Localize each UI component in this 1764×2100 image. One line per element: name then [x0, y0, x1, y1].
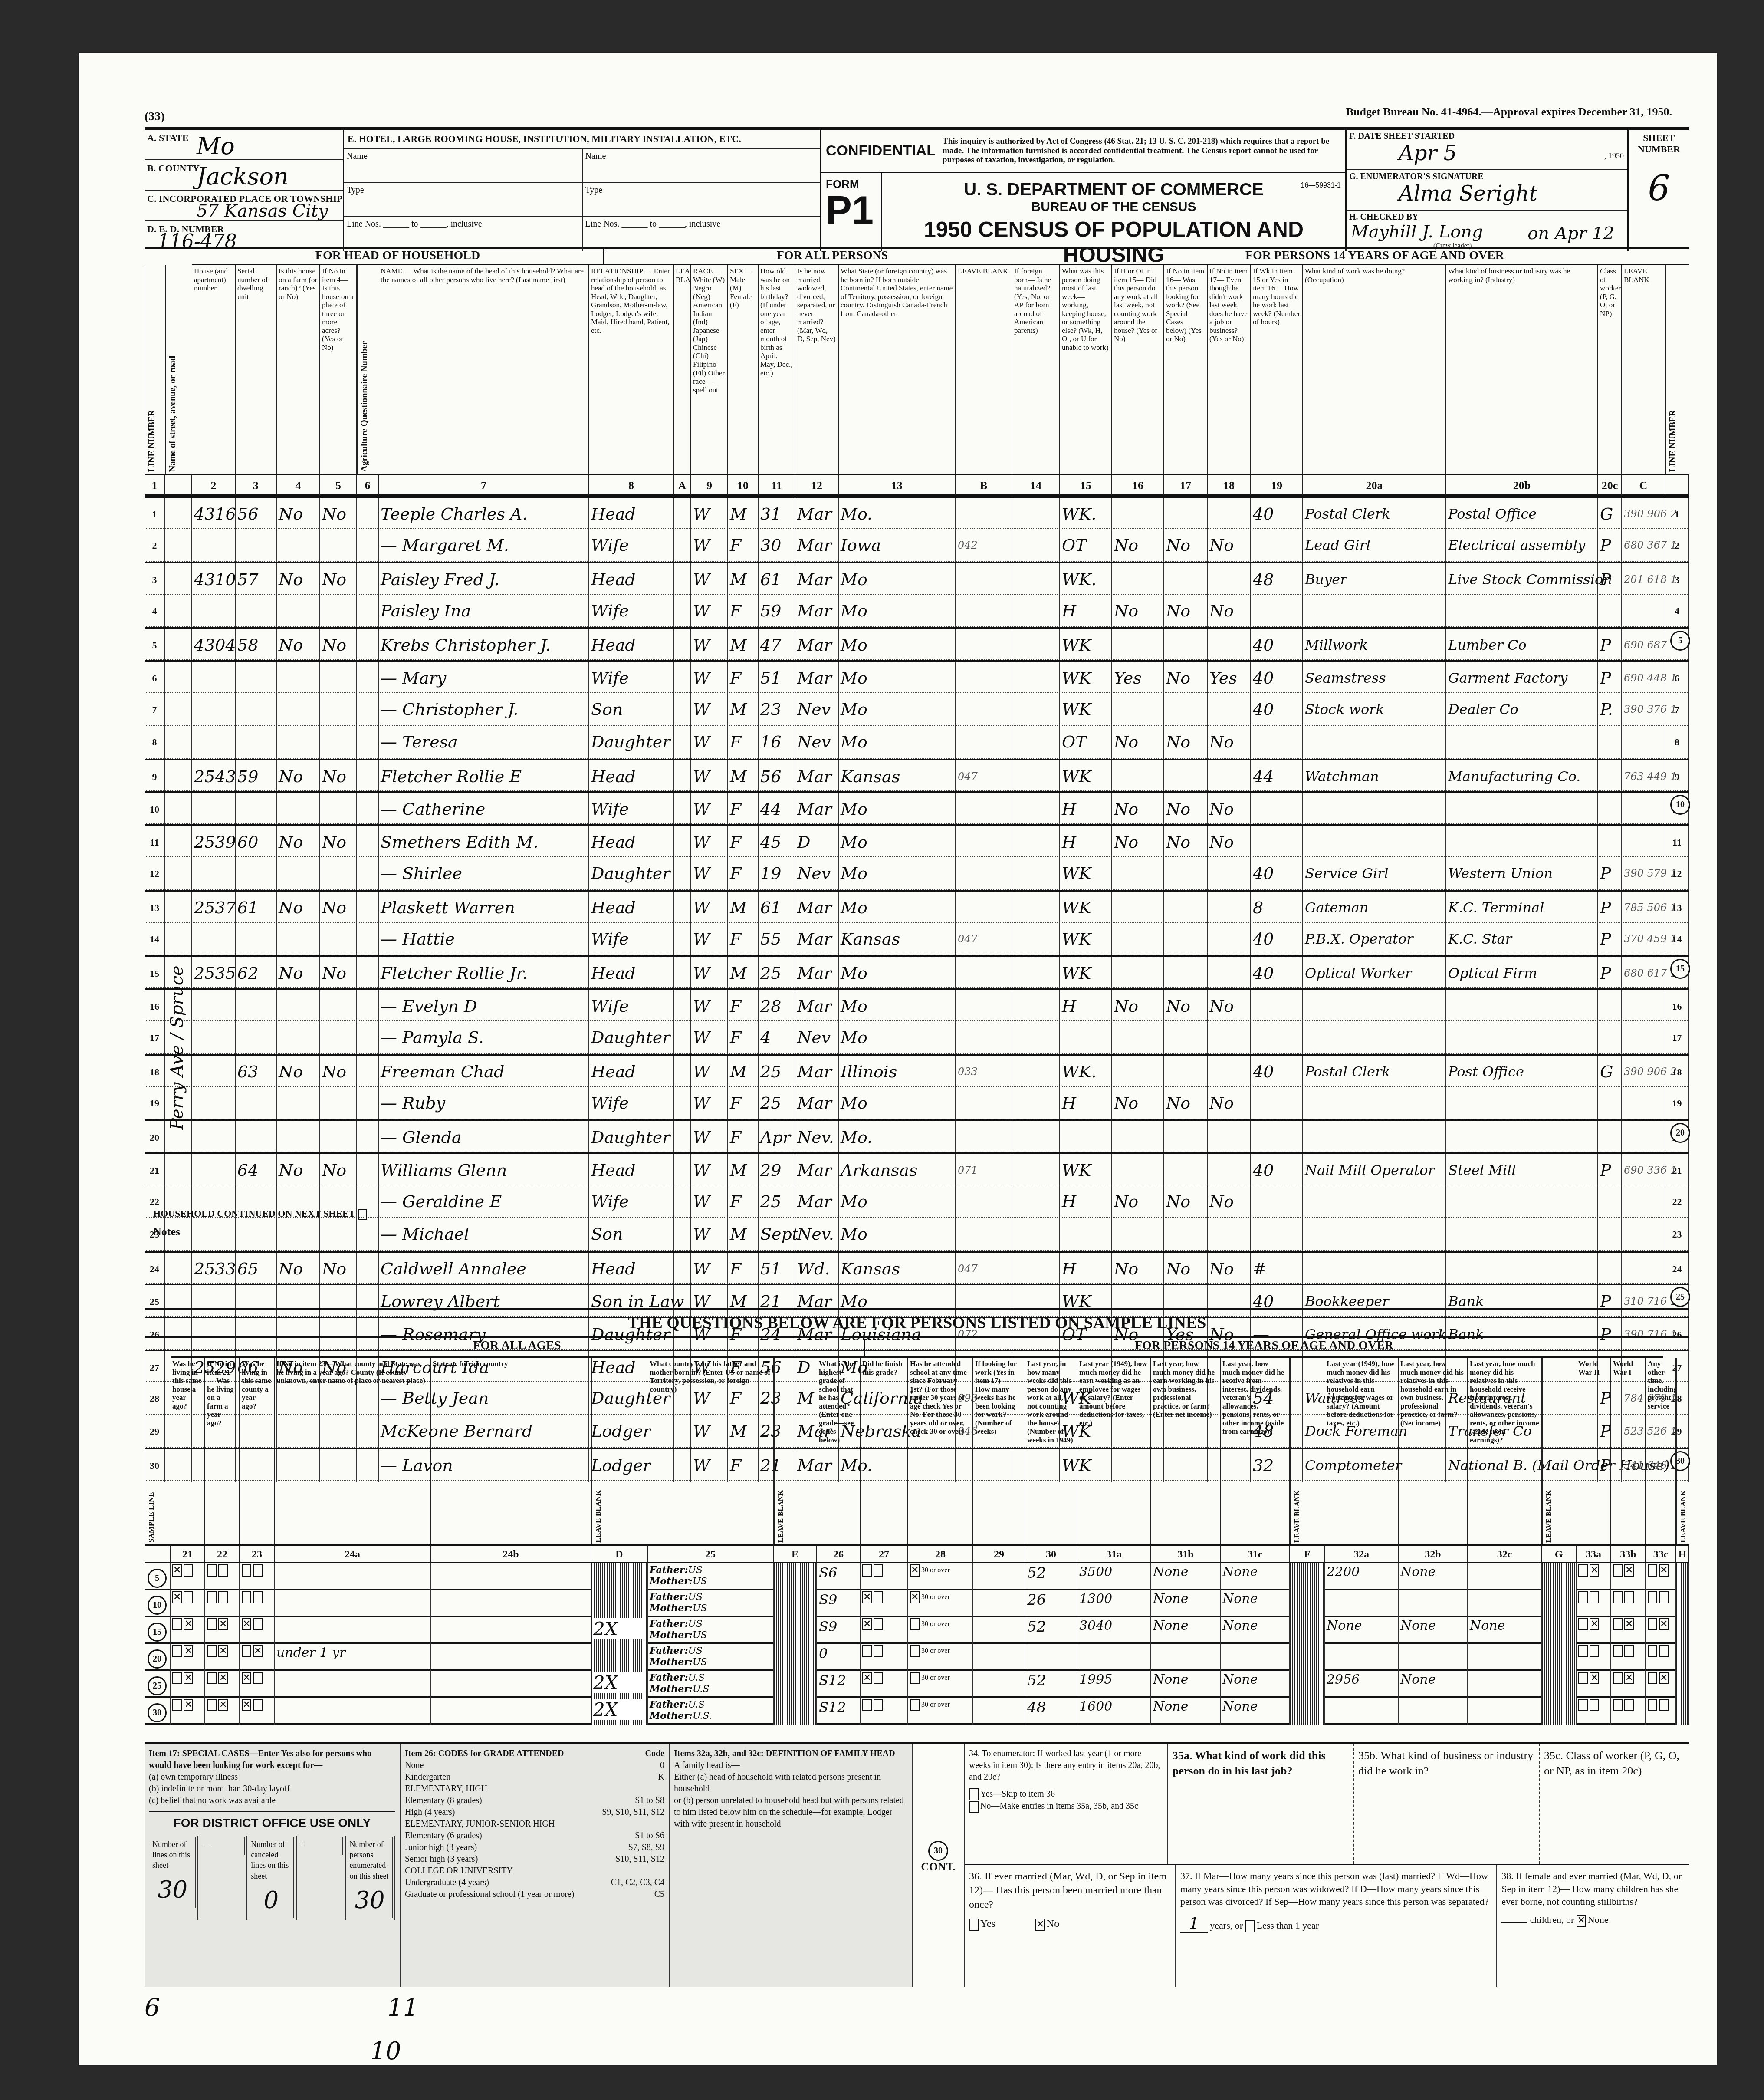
- school-30-over-label: 30 or over: [921, 1593, 950, 1601]
- school-30-over-checkbox[interactable]: [910, 1672, 920, 1684]
- cell-nat: [1012, 760, 1060, 793]
- cell-agq: [357, 760, 379, 793]
- other-service-yes-checkbox[interactable]: [1648, 1564, 1657, 1577]
- cell-nat: [1012, 529, 1060, 562]
- ww1-service-yes-checkbox[interactable]: [1613, 1564, 1623, 1577]
- ww1-service: [1613, 1645, 1643, 1657]
- other-service-no-checkbox[interactable]: [1659, 1672, 1669, 1684]
- cell-house: [192, 923, 236, 956]
- finished-grade: [862, 1618, 906, 1630]
- cell-hours: [1251, 1185, 1303, 1218]
- q21: [172, 1699, 203, 1711]
- column-headers: FOR HEAD OF HOUSEHOLD FOR ALL PERSONS FO…: [145, 249, 1689, 496]
- cell-activity: WK: [1060, 693, 1112, 726]
- cell-occupation: [1303, 1087, 1446, 1120]
- cell-q18: [1208, 693, 1251, 726]
- district-count-value: [200, 1851, 245, 1855]
- sample-column-header-33a: World War II: [1577, 1358, 1611, 1544]
- cell-marital: Mar: [795, 892, 839, 925]
- cell-marital: Mar: [795, 1185, 839, 1218]
- school-30-over-checkbox[interactable]: [910, 1645, 920, 1657]
- cell-agq: [357, 693, 379, 726]
- cell-house: 2539: [192, 826, 236, 859]
- cell-nat: [1012, 826, 1060, 859]
- q21-yes-checkbox[interactable]: [172, 1564, 182, 1577]
- parents-birthplace: Father:USMother:US: [650, 1618, 771, 1641]
- parents-birthplace: Father:USMother:US: [650, 1645, 771, 1668]
- cell-nat: [1012, 563, 1060, 596]
- ww1-service-no-checkbox[interactable]: [1624, 1645, 1634, 1657]
- enumerator-label: g. ENUMERATOR'S SIGNATURE: [1349, 172, 1484, 182]
- cell-q18: No: [1208, 990, 1251, 1023]
- cell-race: W: [691, 857, 728, 890]
- cell-acres: [320, 857, 357, 890]
- other-income: None: [1222, 1672, 1288, 1687]
- finished-grade-no-checkbox[interactable]: [874, 1699, 883, 1711]
- grade-code-label: Undergraduate (4 years): [405, 1877, 489, 1889]
- cell-hours: 40: [1251, 662, 1303, 695]
- ww1-service-no-checkbox[interactable]: [1624, 1699, 1634, 1711]
- other-service: [1648, 1564, 1674, 1577]
- cell-A: [674, 1154, 691, 1187]
- finished-grade-no-checkbox[interactable]: [874, 1618, 883, 1630]
- cell-age: 61: [759, 892, 795, 925]
- q38-none-checkbox[interactable]: [1577, 1915, 1586, 1927]
- column-header-8: RELATIONSHIP — Enter relationship of per…: [589, 265, 674, 474]
- q34-yes-checkbox[interactable]: [969, 1788, 979, 1800]
- ww2-service: [1578, 1591, 1609, 1603]
- person-row: 1863NoNoFreeman ChadHeadWM25MarIllinois0…: [145, 1054, 1689, 1087]
- q22-no-checkbox[interactable]: [218, 1672, 228, 1684]
- cell-farm: [277, 1021, 320, 1054]
- cell-occupation: Buyer: [1303, 563, 1446, 596]
- cell-name: — Catherine: [379, 793, 589, 826]
- cell-name: — Geraldine E: [379, 1185, 589, 1218]
- q23-yes-checkbox[interactable]: [242, 1591, 251, 1603]
- school-30-over-checkbox[interactable]: [910, 1618, 920, 1630]
- special-case-item: (c) belief that no work was available: [149, 1795, 395, 1807]
- cell-bcode: [956, 1087, 1012, 1120]
- sample-column-number-25: 25: [648, 1544, 774, 1563]
- q22-no-checkbox[interactable]: [218, 1699, 228, 1711]
- cell-codes: 390 906 2: [1622, 498, 1665, 531]
- q21-yes-checkbox[interactable]: [172, 1591, 182, 1603]
- school-30-over-checkbox[interactable]: [910, 1591, 920, 1603]
- cell-activity: H: [1060, 826, 1112, 859]
- cell-age: 45: [759, 826, 795, 859]
- cell-occupation: [1303, 1253, 1446, 1286]
- cell-agq: [357, 726, 379, 759]
- finished-grade-no-checkbox[interactable]: [874, 1591, 883, 1603]
- ww2-service-yes-checkbox[interactable]: [1578, 1699, 1588, 1711]
- cell-line: 12: [145, 857, 165, 890]
- ww2-service-yes-checkbox[interactable]: [1578, 1564, 1588, 1577]
- q21-no-checkbox[interactable]: [184, 1699, 193, 1711]
- q37-less-checkbox[interactable]: [1245, 1920, 1255, 1932]
- column-number-4: 4: [277, 474, 320, 495]
- other-service: [1648, 1699, 1674, 1711]
- cell-bcode: [956, 726, 1012, 759]
- other-service-yes-checkbox[interactable]: [1648, 1591, 1657, 1603]
- cell-nat: [1012, 1021, 1060, 1054]
- q22-no-checkbox[interactable]: [218, 1645, 228, 1657]
- cell-class: [1598, 1218, 1622, 1251]
- q23-no-checkbox[interactable]: [253, 1591, 263, 1603]
- cell-q16: No: [1112, 1087, 1164, 1120]
- cell-birthplace: Kansas: [839, 923, 956, 956]
- q22-yes-checkbox[interactable]: [207, 1699, 217, 1711]
- column-number-C: C: [1622, 474, 1665, 495]
- father-label: Father:: [650, 1699, 688, 1710]
- cell-codes: 680 367 1: [1622, 529, 1665, 562]
- other-service-yes-checkbox[interactable]: [1648, 1645, 1657, 1657]
- q36-no-checkbox[interactable]: [1035, 1919, 1045, 1931]
- district-count-label: Number of canceled lines on this sheet: [249, 1837, 294, 1883]
- cell-rel: Daughter: [589, 857, 674, 890]
- grade-code-value: 0: [660, 1760, 664, 1771]
- cell-agq: [357, 1154, 379, 1187]
- ww1-service: [1613, 1618, 1643, 1630]
- other-service-no-checkbox[interactable]: [1659, 1699, 1669, 1711]
- highest-grade: S12: [819, 1672, 858, 1689]
- father-label: Father:: [650, 1618, 688, 1629]
- q36-yes-checkbox[interactable]: [969, 1919, 979, 1931]
- cell-race: W: [691, 1056, 728, 1089]
- q21-yes-checkbox[interactable]: [172, 1672, 182, 1684]
- q22-no-checkbox[interactable]: [218, 1618, 228, 1630]
- column-header-9: RACE — White (W) Negro (Neg) American In…: [691, 265, 728, 474]
- column-header-A: LEAVE BLANK: [674, 265, 691, 474]
- cell-name: Paisley Fred J.: [379, 563, 589, 596]
- q23-no-checkbox[interactable]: [253, 1672, 263, 1684]
- q34-no-checkbox[interactable]: [969, 1801, 979, 1813]
- cell-hours: 48: [1251, 563, 1303, 596]
- q23-yes-checkbox[interactable]: [242, 1564, 251, 1577]
- finished-grade-yes-checkbox[interactable]: [862, 1699, 872, 1711]
- q21-no-checkbox[interactable]: [184, 1672, 193, 1684]
- cell-activity: WK: [1060, 957, 1112, 990]
- ww2-service-no-checkbox[interactable]: [1590, 1699, 1599, 1711]
- cell-nat: [1012, 1185, 1060, 1218]
- person-row: 22— Geraldine EWifeWF25MarMoHNoNoNo22: [145, 1185, 1689, 1218]
- cell-industry: Lumber Co: [1446, 629, 1598, 662]
- cell-activity: [1060, 1021, 1112, 1054]
- ww1-service-yes-checkbox[interactable]: [1613, 1699, 1623, 1711]
- cell-hours: [1251, 726, 1303, 759]
- cell-class: [1598, 1021, 1622, 1054]
- q21-yes-checkbox[interactable]: [172, 1645, 182, 1657]
- column-number-20a: 20a: [1303, 474, 1446, 495]
- other-service-no-checkbox[interactable]: [1659, 1564, 1669, 1577]
- grade-code-row: ELEMENTARY, HIGH: [405, 1783, 664, 1795]
- cell-marital: Mar: [795, 1056, 839, 1089]
- q37-years-value: 1: [1180, 1915, 1208, 1933]
- column-header-5: If No in item 4— Is this house on a plac…: [320, 265, 357, 474]
- q22-yes-checkbox[interactable]: [207, 1564, 217, 1577]
- sample-column-header-25: What country were his father and mother …: [648, 1358, 774, 1544]
- cell-q17: No: [1164, 990, 1208, 1023]
- ww1-service-yes-checkbox[interactable]: [1613, 1645, 1623, 1657]
- cell-q18: [1208, 1056, 1251, 1089]
- ww2-service: [1578, 1564, 1609, 1577]
- cell-line: 18: [145, 1056, 165, 1089]
- cell-house: [192, 1121, 236, 1154]
- household-continued-checkbox[interactable]: [358, 1209, 367, 1220]
- cell-dwelling: [236, 990, 277, 1023]
- finished-grade-yes-checkbox[interactable]: [862, 1564, 872, 1577]
- cell-name: Plaskett Warren: [379, 892, 589, 925]
- column-number-5: 5: [320, 474, 357, 495]
- cell-line: 19: [145, 1087, 165, 1120]
- date-value: Apr 5: [1399, 141, 1457, 165]
- cell-birthplace: Mo.: [839, 1121, 956, 1154]
- ww2-service-yes-checkbox[interactable]: [1578, 1645, 1588, 1657]
- grade-code-row: Undergraduate (4 years)C1, C2, C3, C4: [405, 1877, 664, 1889]
- cell-age: 51: [759, 662, 795, 695]
- q21-no-checkbox[interactable]: [184, 1591, 193, 1603]
- q22-yes-checkbox[interactable]: [207, 1672, 217, 1684]
- state-label: a. STATE: [147, 132, 189, 144]
- cell-hours: 8: [1251, 892, 1303, 925]
- q23-no-checkbox[interactable]: [253, 1699, 263, 1711]
- margin-mark-3: 10: [370, 2037, 401, 2065]
- cell-acres: [320, 726, 357, 759]
- cell-line: 4: [145, 595, 165, 628]
- cell-birthplace: Mo: [839, 892, 956, 925]
- finished-grade-no-checkbox[interactable]: [874, 1564, 883, 1577]
- q23-yes-checkbox[interactable]: [242, 1672, 251, 1684]
- district-count-label: —: [200, 1837, 245, 1851]
- grade-code-label: ELEMENTARY, JUNIOR-SENIOR HIGH: [405, 1818, 555, 1830]
- cell-name: — Christopher J.: [379, 693, 589, 726]
- cell-line2: 11: [1665, 826, 1689, 859]
- finished-grade-no-checkbox[interactable]: [874, 1672, 883, 1684]
- cell-name: Smethers Edith M.: [379, 826, 589, 859]
- cell-agq: [357, 595, 379, 628]
- cell-industry: Garment Factory: [1446, 662, 1598, 695]
- q22: [207, 1591, 237, 1603]
- cell-acres: [320, 923, 357, 956]
- q23: [242, 1564, 272, 1577]
- father-label: Father:: [650, 1645, 688, 1656]
- cell-A: [674, 529, 691, 562]
- cell-line2: 21: [1665, 1154, 1689, 1187]
- column-number-12: 12: [795, 474, 839, 495]
- finished-grade-yes-checkbox[interactable]: [862, 1672, 872, 1684]
- weeks-worked: 48: [1027, 1699, 1075, 1716]
- cell-occupation: Seamstress: [1303, 662, 1446, 695]
- q23-no-checkbox[interactable]: [253, 1645, 263, 1657]
- cell-A: [674, 693, 691, 726]
- person-row: 10— CatherineWifeWF44MarMoHNoNoNo1010: [145, 791, 1689, 824]
- cell-nat: [1012, 629, 1060, 662]
- sample-column-number-26: 26: [817, 1544, 861, 1563]
- person-row: 8— TeresaDaughterWF16NevMoOTNoNoNo8: [145, 726, 1689, 759]
- other-service-yes-checkbox[interactable]: [1648, 1699, 1657, 1711]
- cell-activity: [1060, 1218, 1112, 1251]
- cell-name: — Shirlee: [379, 857, 589, 890]
- cell-hours: [1251, 595, 1303, 628]
- cell-marital: Mar: [795, 563, 839, 596]
- cell-A: [674, 1056, 691, 1089]
- cell-bcode: [956, 662, 1012, 695]
- ww2-service-no-checkbox[interactable]: [1590, 1618, 1599, 1630]
- cell-occupation: [1303, 826, 1446, 859]
- column-number-9: 9: [691, 474, 728, 495]
- sample-column-header-sample-line: SAMPLE LINE: [145, 1358, 171, 1544]
- ww2-service-no-checkbox[interactable]: [1590, 1564, 1599, 1577]
- finished-grade-yes-checkbox[interactable]: [862, 1618, 872, 1630]
- cell-q18: [1208, 1021, 1251, 1054]
- group-all-persons: FOR ALL PERSONS: [604, 249, 1060, 265]
- finished-grade-no-checkbox[interactable]: [874, 1645, 883, 1657]
- cell-house: [192, 1087, 236, 1120]
- ww1-service-yes-checkbox[interactable]: [1613, 1591, 1623, 1603]
- q23-no-checkbox[interactable]: [253, 1618, 263, 1630]
- column-number-20b: 20b: [1446, 474, 1598, 495]
- question-35b: 35b. What kind of business or industry d…: [1354, 1744, 1540, 1864]
- ww1-service-yes-checkbox[interactable]: [1613, 1672, 1623, 1684]
- cell-marital: Mar: [795, 760, 839, 793]
- cell-q16: Yes: [1112, 662, 1164, 695]
- person-row: 17— Pamyla S.DaughterWF4NevMo17: [145, 1021, 1689, 1054]
- business-income: None: [1153, 1699, 1218, 1714]
- cell-age: 19: [759, 857, 795, 890]
- cell-dwelling: [236, 1021, 277, 1054]
- q23-yes-checkbox[interactable]: [242, 1645, 251, 1657]
- cell-agq: [357, 1253, 379, 1286]
- enumerator-signature: Alma Seright: [1399, 181, 1537, 206]
- ww1-service-no-checkbox[interactable]: [1624, 1672, 1634, 1684]
- finished-grade-yes-checkbox[interactable]: [862, 1645, 872, 1657]
- sample-column-number-E: E: [774, 1544, 817, 1563]
- column-header-4: Is this house on a farm (or ranch)? (Yes…: [277, 265, 320, 474]
- ww1-service-no-checkbox[interactable]: [1624, 1591, 1634, 1603]
- ww1-service-yes-checkbox[interactable]: [1613, 1618, 1623, 1630]
- other-service-no-checkbox[interactable]: [1659, 1591, 1669, 1603]
- school-30-over-checkbox[interactable]: [910, 1564, 920, 1577]
- cell-dwelling: [236, 1087, 277, 1120]
- q22-yes-checkbox[interactable]: [207, 1618, 217, 1630]
- q21-no-checkbox[interactable]: [184, 1564, 193, 1577]
- cell-bcode: [956, 1121, 1012, 1154]
- ww2-service-yes-checkbox[interactable]: [1578, 1591, 1588, 1603]
- wage-income: 1300: [1079, 1591, 1149, 1606]
- cell-codes: 390 376 1: [1622, 693, 1665, 726]
- ww1-service-no-checkbox[interactable]: [1624, 1618, 1634, 1630]
- q22-no-checkbox[interactable]: [218, 1591, 228, 1603]
- grade-code-label: None: [405, 1760, 424, 1771]
- cell-age: Apr: [759, 1121, 795, 1154]
- school-30-over-label: 30 or over: [921, 1647, 950, 1655]
- q23: [242, 1618, 272, 1630]
- cell-house: [192, 726, 236, 759]
- grade-code-value: S7, S8, S9: [628, 1842, 664, 1853]
- finished-grade: [862, 1564, 906, 1577]
- other-service-no-checkbox[interactable]: [1659, 1618, 1669, 1630]
- cell-industry: Steel Mill: [1446, 1154, 1598, 1187]
- ww2-service-yes-checkbox[interactable]: [1578, 1672, 1588, 1684]
- cell-name: Williams Glenn: [379, 1154, 589, 1187]
- cell-dwelling: 61: [236, 892, 277, 925]
- cell-q18: Yes: [1208, 662, 1251, 695]
- cell-A: [674, 1121, 691, 1154]
- q21-no-checkbox[interactable]: [184, 1645, 193, 1657]
- cell-marital: Mar: [795, 793, 839, 826]
- ww2-service-no-checkbox[interactable]: [1590, 1672, 1599, 1684]
- column-header-20b: What kind of business or industry was he…: [1446, 265, 1598, 474]
- q23-no-checkbox[interactable]: [253, 1564, 263, 1577]
- q22-yes-checkbox[interactable]: [207, 1645, 217, 1657]
- other-service-no-checkbox[interactable]: [1659, 1645, 1669, 1657]
- cell-agq: [357, 990, 379, 1023]
- ww2-service-no-checkbox[interactable]: [1590, 1645, 1599, 1657]
- cell-industry: Optical Firm: [1446, 957, 1598, 990]
- column-number-14: 14: [1012, 474, 1060, 495]
- q22-no-checkbox[interactable]: [218, 1564, 228, 1577]
- other-service: [1648, 1618, 1674, 1630]
- mother-label: Mother:: [650, 1576, 693, 1587]
- cell-line: 7: [145, 693, 165, 726]
- sample-column-header-31c: Last year, how much money did he receive…: [1221, 1358, 1290, 1544]
- cell-industry: [1446, 595, 1598, 628]
- attended-school: 30 or over: [910, 1672, 971, 1684]
- cell-q17: No: [1164, 1185, 1208, 1218]
- q21-no-checkbox[interactable]: [184, 1618, 193, 1630]
- question-38: 38. If female and ever married (Mar, Wd,…: [1497, 1865, 1689, 1987]
- cell-q17: No: [1164, 726, 1208, 759]
- sample-line-number: 5: [148, 1569, 167, 1588]
- school-30-over-label: 30 or over: [921, 1620, 950, 1628]
- weeks-worked: 26: [1027, 1591, 1075, 1609]
- bureau-name: BUREAU OF THE CENSUS: [882, 200, 1345, 214]
- cell-sex: F: [728, 793, 759, 826]
- ww2-service-no-checkbox[interactable]: [1590, 1591, 1599, 1603]
- cell-agq: [357, 1087, 379, 1120]
- cell-occupation: P.B.X. Operator: [1303, 923, 1446, 956]
- q23-yes-checkbox[interactable]: [242, 1699, 251, 1711]
- ww1-service-no-checkbox[interactable]: [1624, 1564, 1634, 1577]
- cell-A: [674, 629, 691, 662]
- cell-line: 1: [145, 498, 165, 531]
- q21-yes-checkbox[interactable]: [172, 1618, 182, 1630]
- cell-agq: [357, 923, 379, 956]
- cell-farm: [277, 529, 320, 562]
- grade-code-label: ELEMENTARY, HIGH: [405, 1783, 487, 1795]
- q22-yes-checkbox[interactable]: [207, 1591, 217, 1603]
- cell-dwelling: 60: [236, 826, 277, 859]
- q23-yes-checkbox[interactable]: [242, 1618, 251, 1630]
- cell-rel: Wife: [589, 1185, 674, 1218]
- cell-sex: F: [728, 529, 759, 562]
- cell-age: 47: [759, 629, 795, 662]
- other-service-yes-checkbox[interactable]: [1648, 1618, 1657, 1630]
- school-30-over-checkbox[interactable]: [910, 1699, 920, 1711]
- cell-q17: [1164, 1056, 1208, 1089]
- cell-age: 25: [759, 1056, 795, 1089]
- sheet-meta-block: f. DATE SHEET STARTEDApr 5, 1950 g. ENUM…: [1347, 130, 1629, 251]
- cell-farm: [277, 923, 320, 956]
- cell-acres: No: [320, 892, 357, 925]
- finished-grade-yes-checkbox[interactable]: [862, 1591, 872, 1603]
- cell-occupation: Nail Mill Operator: [1303, 1154, 1446, 1187]
- q21-yes-checkbox[interactable]: [172, 1699, 182, 1711]
- cell-dwelling: [236, 1121, 277, 1154]
- sample-section-title: THE QUESTIONS BELOW ARE FOR PERSONS LIST…: [145, 1310, 1689, 1338]
- cell-q17: No: [1164, 1087, 1208, 1120]
- ww2-service-yes-checkbox[interactable]: [1578, 1618, 1588, 1630]
- other-service-yes-checkbox[interactable]: [1648, 1672, 1657, 1684]
